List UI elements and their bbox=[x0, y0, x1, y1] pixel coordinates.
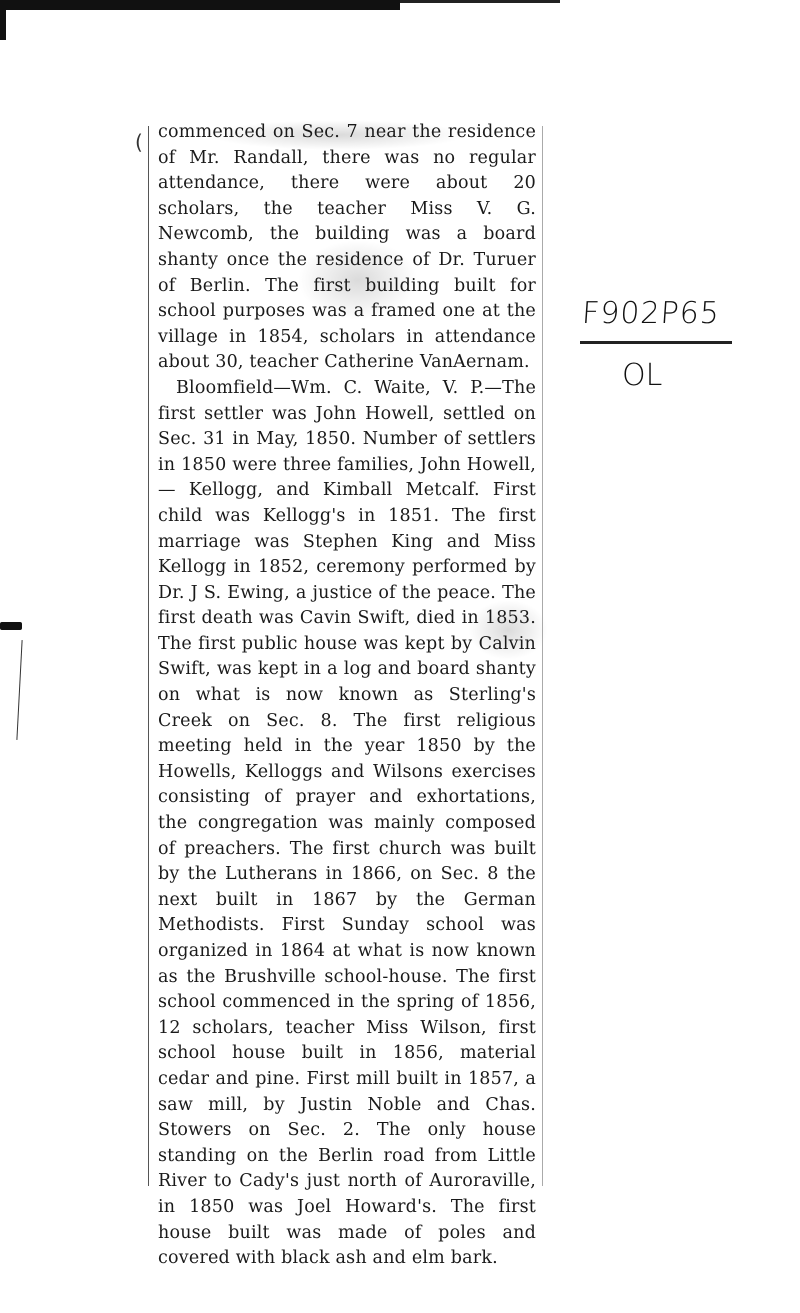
margin-pencil-line bbox=[16, 640, 22, 740]
margin-ink-mark bbox=[0, 622, 22, 630]
scan-top-border bbox=[0, 0, 400, 10]
article-paragraph-bloomfield: Bloomfield—Wm. C. Waite, V. P.—The first… bbox=[158, 376, 536, 1272]
handwritten-call-number: F902P65 bbox=[581, 296, 721, 331]
article-body: commenced on Sec. 7 near the residence o… bbox=[158, 120, 536, 1272]
call-number-underline bbox=[580, 341, 732, 344]
article-paragraph-school: commenced on Sec. 7 near the residence o… bbox=[158, 120, 536, 376]
handwritten-location-code: OL bbox=[622, 358, 662, 393]
scan-top-border-right bbox=[400, 0, 560, 3]
clipping-left-edge bbox=[148, 126, 149, 1186]
scan-edge-mark bbox=[0, 10, 6, 40]
clipping-right-edge bbox=[542, 126, 543, 1186]
clipping-bracket-mark: ( bbox=[135, 130, 143, 154]
newspaper-clipping: commenced on Sec. 7 near the residence o… bbox=[148, 120, 533, 1190]
